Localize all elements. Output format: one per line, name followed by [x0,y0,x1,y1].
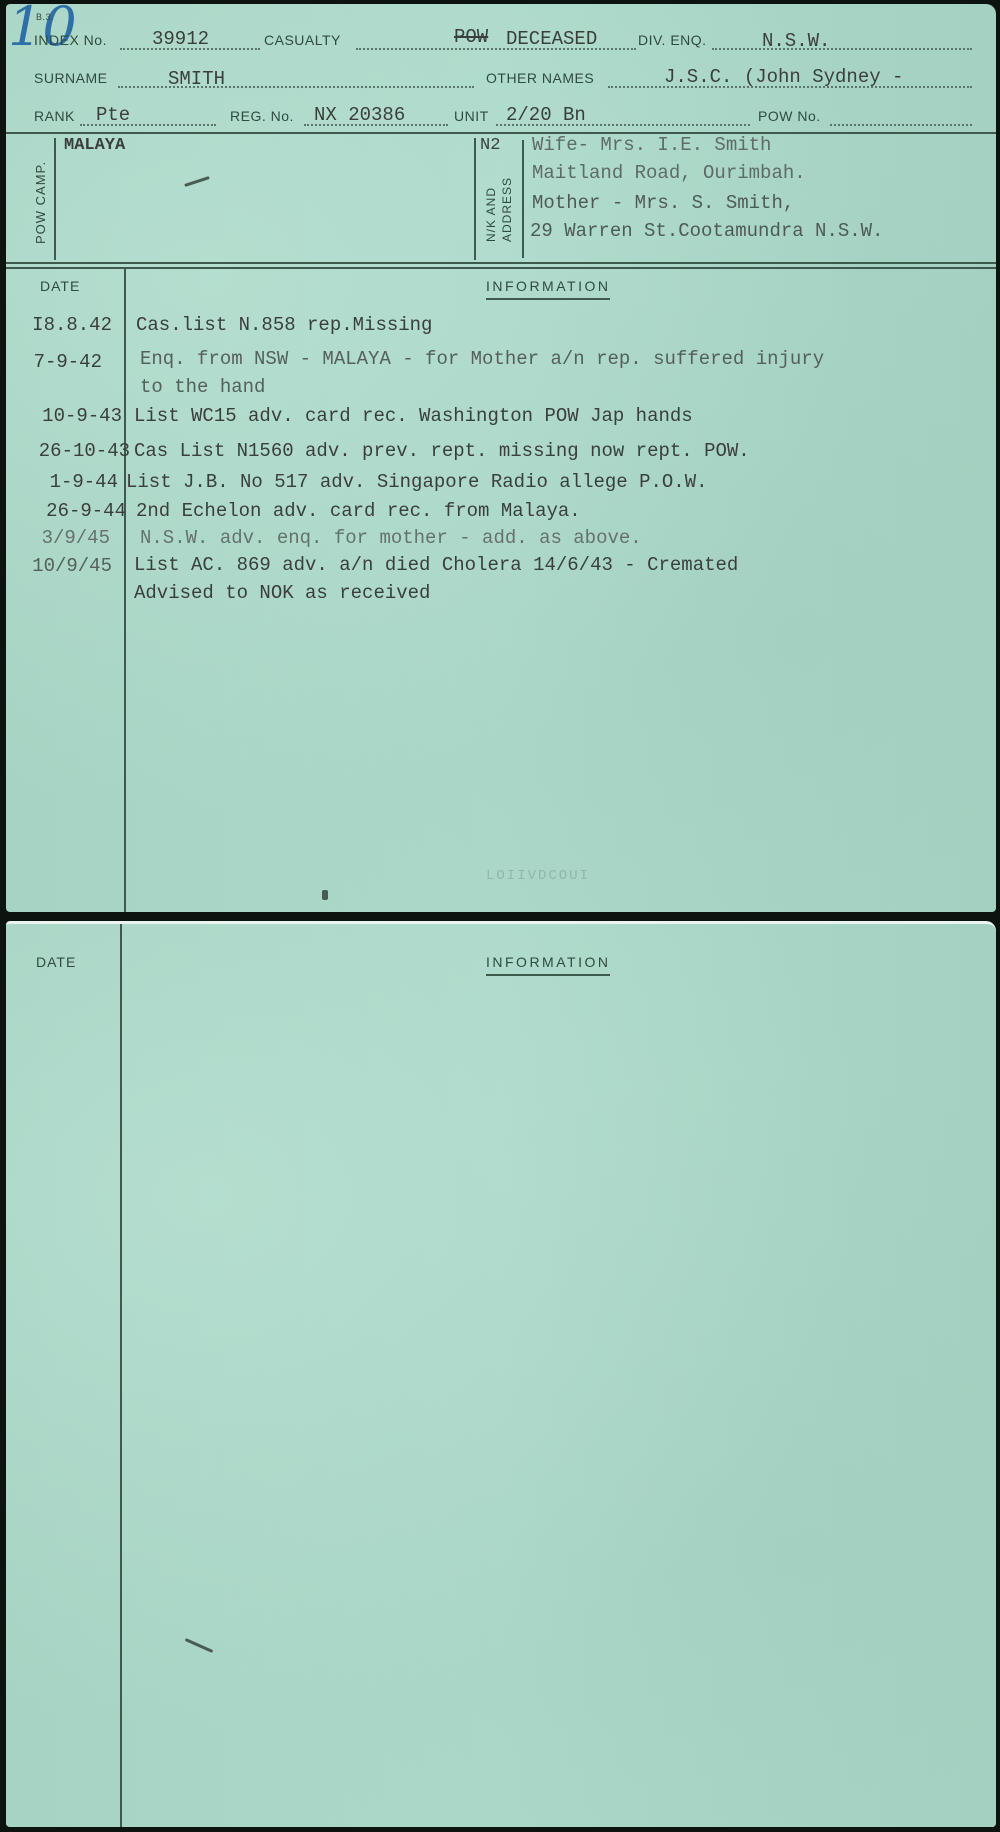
entry-date: 3/9/45 [6,527,110,549]
nok-line-2: Maitland Road, Ourimbah. [532,162,806,184]
casualty-struck-value: POW [454,26,488,48]
entry-date: 1-9-44 [6,471,118,493]
record-card-back: DATE INFORMATION [6,921,996,1827]
faded-stamp: LOIIVDCOUI [486,868,590,884]
entry-date: 26-9-44 [6,500,126,522]
entry-text: Enq. from NSW - MALAYA - for Mother a/n … [140,346,824,372]
entry-text: List AC. 869 adv. a/n died Cholera 14/6/… [134,552,738,578]
surname-label: SURNAME [34,70,108,86]
nok-line-4: 29 Warren St.Cootamundra N.S.W. [530,220,883,242]
entry-text: List WC15 adv. card rec. Washington POW … [134,403,693,429]
nok-code: N2 [480,136,500,155]
form-code: B.3. [36,12,54,22]
date-header: DATE [40,278,80,294]
ink-scuff [184,176,210,187]
entry-date: I8.8.42 [6,314,112,336]
entry-text: Cas.list N.858 rep.Missing [136,312,432,338]
entry-date: 10-9-43 [6,405,122,427]
pow-no-dots [830,124,972,126]
table-top-rule-2 [6,267,996,269]
casualty-label: CASUALTY [264,32,341,48]
reg-no-label: REG. No. [230,108,294,124]
index-no-value: 39912 [152,28,209,50]
pow-camp-label: POW CAMP. [34,161,48,244]
pow-camp-value: MALAYA [64,136,125,155]
entry-text: List J.B. No 517 adv. Singapore Radio al… [126,469,708,495]
table-top-rule-1 [6,262,996,264]
entry-date: 26-10-43 [10,440,130,462]
entry-text: Cas List N1560 adv. prev. rept. missing … [134,438,750,464]
index-no-label: INDEX No. [34,32,107,48]
rank-label: RANK [34,108,75,124]
entry-text: to the hand [140,374,265,400]
rank-value: Pte [96,104,130,126]
header-divider [6,132,996,134]
nok-label-line1: N/K AND [484,187,498,242]
information-header: INFORMATION [486,954,610,976]
surname-value: SMITH [168,68,225,90]
ink-scuff [185,1638,214,1653]
date-header: DATE [36,954,76,970]
entry-text: N.S.W. adv. enq. for mother - add. as ab… [140,525,642,551]
pow-camp-divider [54,138,56,260]
record-card-front: 10 B.3. INDEX No. 39912 CASUALTY POW DEC… [6,4,996,912]
div-enq-value: N.S.W. [762,30,830,52]
entry-date: 10/9/45 [6,555,112,577]
unit-label: UNIT [454,108,489,124]
div-enq-label: DIV. ENQ. [638,32,707,48]
entry-text: Advised to NOK as received [134,580,430,606]
date-column-divider [124,269,126,912]
ink-spot [322,890,328,900]
other-names-label: OTHER NAMES [486,70,594,86]
entry-text: 2nd Echelon adv. card rec. from Malaya. [136,498,581,524]
div-enq-dots [712,48,972,50]
information-header: INFORMATION [486,278,610,300]
nok-left-divider [474,138,476,260]
other-names-value: J.S.C. (John Sydney - [664,66,903,88]
reg-no-value: NX 20386 [314,104,405,126]
nok-line-1: Wife- Mrs. I.E. Smith [532,134,771,156]
date-column-divider [120,924,122,1827]
pow-no-label: POW No. [758,108,821,124]
entry-date: 7-9-42 [6,351,102,373]
unit-value: 2/20 Bn [506,104,586,126]
nok-right-divider [522,140,524,258]
nok-line-3: Mother - Mrs. S. Smith, [532,192,794,214]
casualty-value: DECEASED [506,28,597,50]
nok-label-line2: ADDRESS [500,177,514,242]
